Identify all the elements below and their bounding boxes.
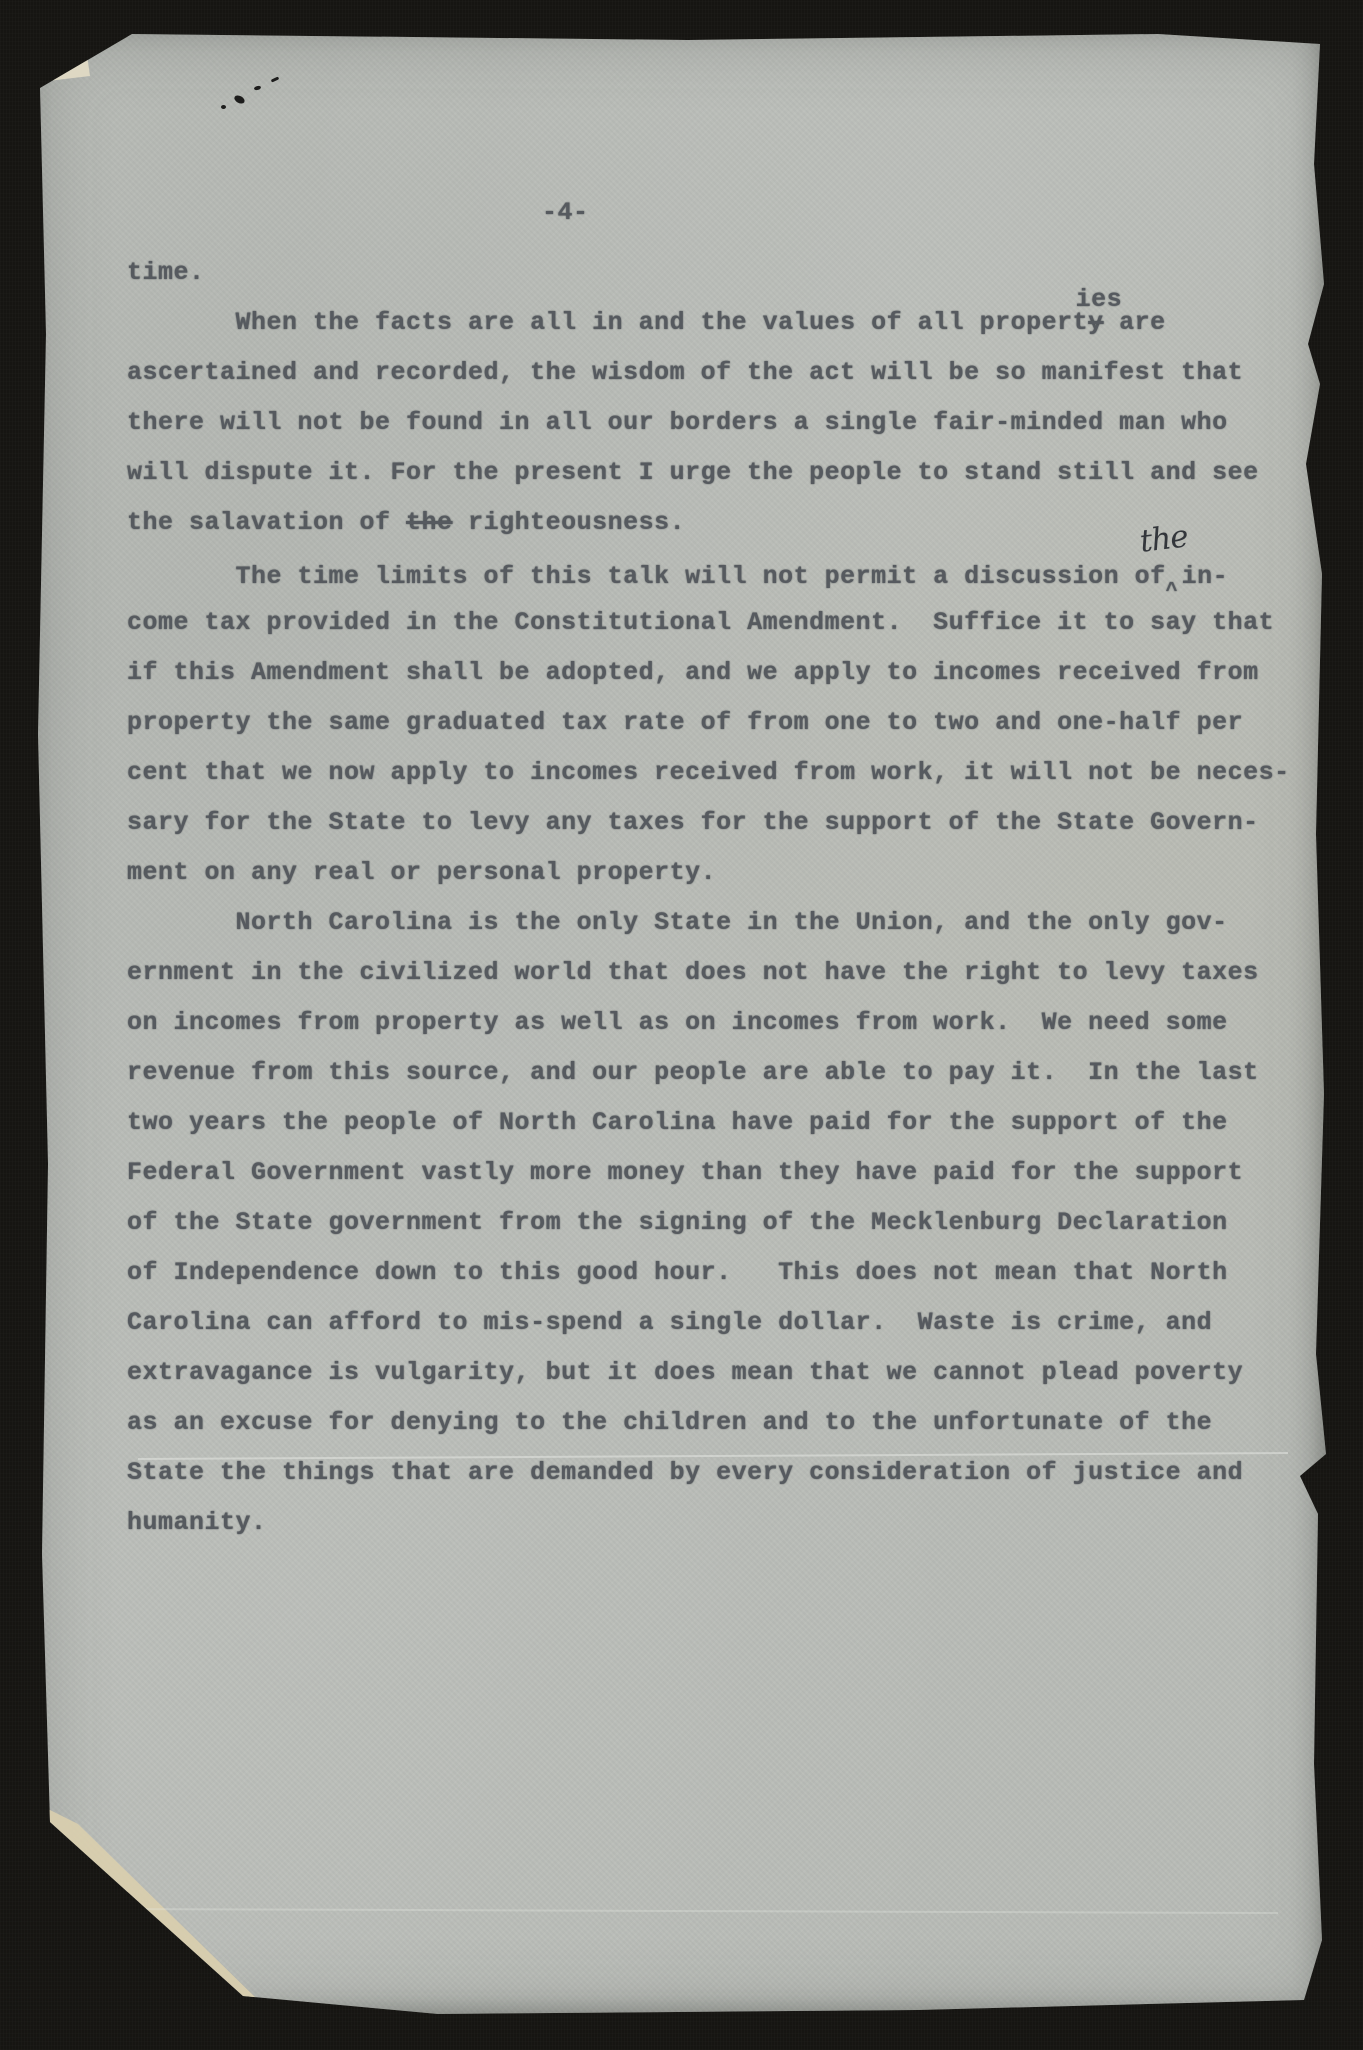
typed-text: righteousness. (453, 508, 686, 537)
typed-text: sary for the State to levy any taxes for… (127, 808, 1259, 837)
typed-text: State the things that are demanded by ev… (127, 1458, 1243, 1487)
text-line: The time limits of this talk will not pe… (127, 548, 1310, 598)
typed-text: When the facts are all in and the values… (127, 308, 1088, 337)
struck-text: the (406, 508, 453, 537)
text-line: cent that we now apply to incomes receiv… (127, 748, 1310, 798)
caret-mark: ^ (1166, 567, 1182, 617)
typed-text: on incomes from property as well as on i… (127, 1008, 1228, 1037)
text-line: When the facts are all in and the values… (127, 298, 1310, 348)
typed-text: if this Amendment shall be adopted, and … (127, 658, 1259, 687)
typed-text: Carolina can afford to mis-spend a singl… (127, 1308, 1212, 1337)
text-line: sary for the State to levy any taxes for… (127, 798, 1310, 848)
typed-text: will dispute it. For the present I urge … (127, 458, 1259, 487)
text-line: time. (127, 248, 1310, 298)
typed-text: cent that we now apply to incomes receiv… (127, 758, 1290, 787)
typed-text: ment on any real or personal property. (127, 858, 716, 887)
typed-text: in- (1182, 562, 1229, 591)
typed-text: property the same graduated tax rate of … (127, 708, 1243, 737)
typed-text: humanity. (127, 1508, 267, 1537)
typed-text: Federal Government vastly more money tha… (127, 1158, 1243, 1187)
typed-text: ascertained and recorded, the wisdom of … (127, 358, 1243, 387)
text-line: there will not be found in all our borde… (127, 398, 1310, 448)
text-line: come tax provided in the Constitutional … (127, 598, 1310, 648)
text-line: will dispute it. For the present I urge … (127, 448, 1310, 498)
typed-text: The time limits of this talk will not pe… (127, 562, 1166, 591)
typed-text: time. (127, 258, 205, 287)
scanned-document-photo: { "document": { "page_number": "-4-", "c… (0, 0, 1363, 2050)
typed-text: of the State government from the signing… (127, 1208, 1228, 1237)
page-number-label: -4- (542, 198, 589, 227)
typed-text: North Carolina is the only State in the … (127, 908, 1228, 937)
text-line: on incomes from property as well as on i… (127, 998, 1310, 1048)
text-line: ernment in the civilized world that does… (127, 948, 1310, 998)
text-line: property the same graduated tax rate of … (127, 698, 1310, 748)
text-line: two years the people of North Carolina h… (127, 1098, 1310, 1148)
text-line: revenue from this source, and our people… (127, 1048, 1310, 1098)
typed-text: come tax provided in the Constitutional … (127, 608, 1274, 637)
typed-text: as an excuse for denying to the children… (127, 1408, 1212, 1437)
typed-text: extravagance is vulgarity, but it does m… (127, 1358, 1243, 1387)
typed-text: two years the people of North Carolina h… (127, 1108, 1228, 1137)
text-line: humanity. (127, 1498, 1310, 1548)
text-line: State the things that are demanded by ev… (127, 1448, 1310, 1498)
folded-corner (38, 34, 98, 86)
text-line: ascertained and recorded, the wisdom of … (127, 348, 1310, 398)
text-line: extravagance is vulgarity, but it does m… (127, 1348, 1310, 1398)
document-page: -4- time. When the facts are all in and … (38, 34, 1328, 2014)
text-line: of the State government from the signing… (127, 1198, 1310, 1248)
paper-crease (98, 1908, 1278, 1914)
typed-text: the salavation of (127, 508, 406, 537)
typed-text: there will not be found in all our borde… (127, 408, 1228, 437)
text-line: Federal Government vastly more money tha… (127, 1148, 1310, 1198)
text-line: of Independence down to this good hour. … (127, 1248, 1310, 1298)
typewritten-text: -4- time. When the facts are all in and … (127, 80, 1310, 1548)
typed-text: of Independence down to this good hour. … (127, 1258, 1228, 1287)
text-line: if this Amendment shall be adopted, and … (127, 648, 1310, 698)
text-line: the salavation of the righteousness. (127, 498, 1310, 548)
text-line: ment on any real or personal property. (127, 848, 1310, 898)
typed-text: revenue from this source, and our people… (127, 1058, 1259, 1087)
page-number: -4- (127, 138, 1310, 190)
text-line: Carolina can afford to mis-spend a singl… (127, 1298, 1310, 1348)
text-line: North Carolina is the only State in the … (127, 898, 1310, 948)
text-line: as an excuse for denying to the children… (127, 1398, 1310, 1448)
typed-text: ernment in the civilized world that does… (127, 958, 1259, 987)
